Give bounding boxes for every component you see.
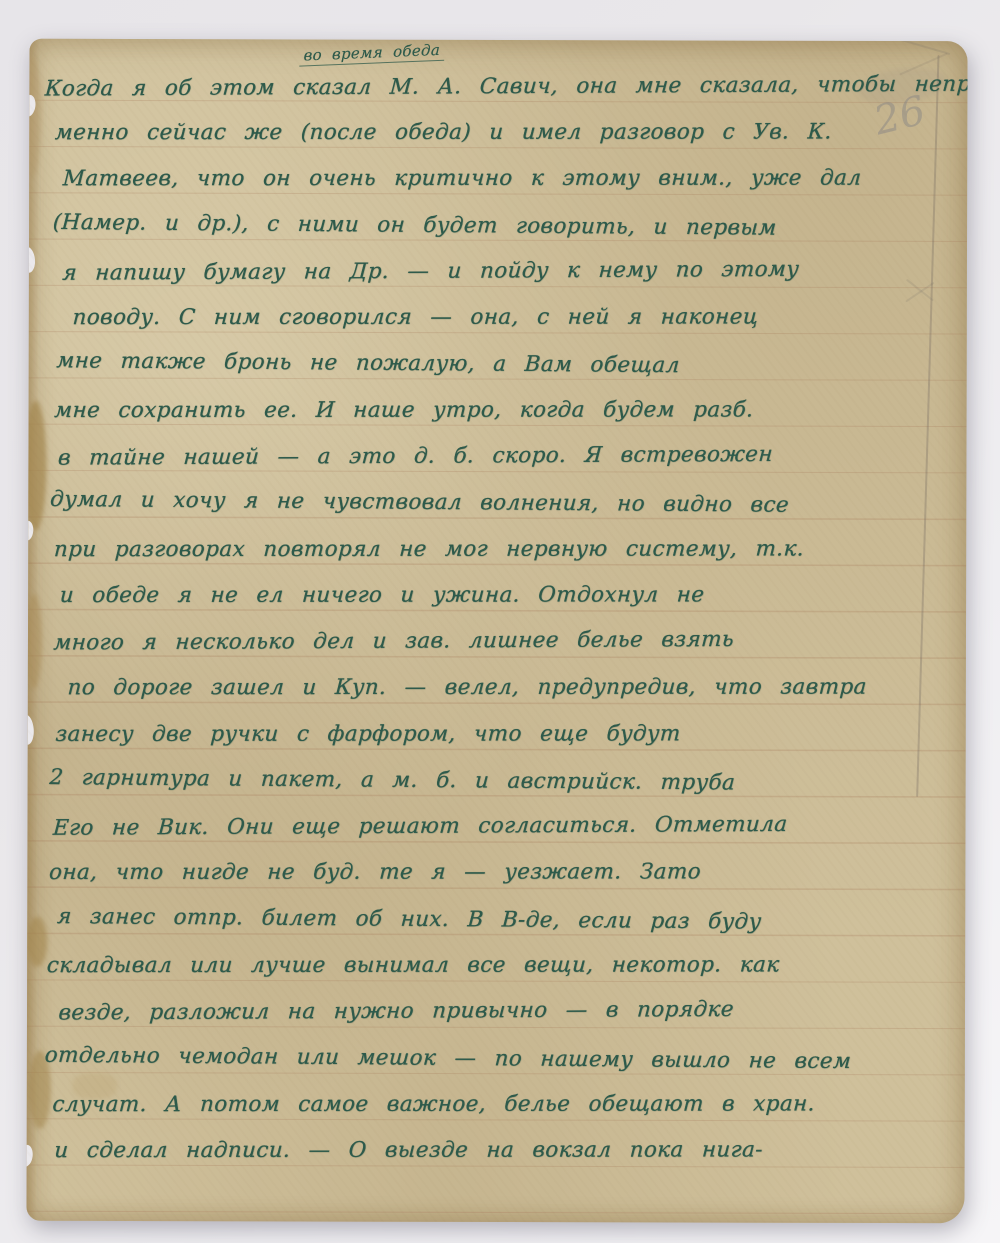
handwriting-line: мне сохранить ее. И наше утро, когда буд… (53, 385, 754, 426)
handwriting-line: я напишу бумагу на Др. — и пойду к нему … (61, 245, 800, 289)
pencil-scribble (881, 39, 951, 55)
handwriting-line: при разговорах повторял не мог нервную с… (53, 524, 805, 565)
handwriting-line: менно сейчас же (после обеда) и имел раз… (54, 108, 833, 149)
handwriting-line: и обеде я не ел ничего и ужина. Отдохнул… (59, 570, 706, 611)
handwriting-line: (Намер. и др.), с ними он будет говорить… (52, 198, 778, 244)
handwriting-line: мне также бронь не пожалую, а Вам обещал (56, 336, 682, 381)
glue-stain (27, 917, 47, 967)
handwriting-line: по дороге зашел и Куп. — велел, предупре… (67, 663, 868, 704)
handwriting-line: Матвеев, что он очень критично к этому в… (62, 154, 863, 195)
handwriting-line: складывал или лучше вынимал все вещи, не… (46, 940, 781, 981)
handwriting-line: Когда я об этом сказал М. А. Савич, она … (44, 60, 968, 105)
handwriting-line: она, что нигде не буд. те я — уезжает. З… (48, 847, 702, 888)
handwriting-line: в тайне нашей — а это д. б. скоро. Я вст… (57, 430, 775, 474)
handwriting-line: отдельно чемодан или мешок — по нашему в… (44, 1031, 853, 1077)
handwriting-line: 2 гарнитура и пакет, а м. б. и австрийск… (49, 753, 737, 798)
handwriting-line: я занес отпр. билет об них. В В-де, если… (56, 892, 763, 938)
handwriting-line: Его не Вик. Они еще решают согласиться. … (52, 800, 789, 844)
manuscript-page: 26 во время обеда Когда я об этом сказал… (26, 39, 967, 1223)
handwriting-line: занесу две ручки с фарфором, что еще буд… (55, 709, 682, 750)
glue-stain (26, 401, 46, 531)
margin-pencil-line (916, 55, 939, 797)
handwriting-line: и сделал надписи. — О выезде на вокзал п… (54, 1125, 765, 1166)
photo-backdrop: 26 во время обеда Когда я об этом сказал… (0, 0, 1000, 1243)
glue-stain (26, 594, 42, 689)
handwriting-line: везде, разложил на нужно привычно — в по… (58, 985, 736, 1029)
handwriting-line: много я несколько дел и зав. лишнее бель… (53, 615, 736, 659)
handwriting-line: поводу. С ним сговорился — она, с ней я … (72, 292, 760, 333)
handwriting-line: случат. А потом самое важное, белье обещ… (52, 1080, 817, 1121)
handwriting-line: думал и хочу я не чувствовал волнения, н… (49, 475, 790, 521)
